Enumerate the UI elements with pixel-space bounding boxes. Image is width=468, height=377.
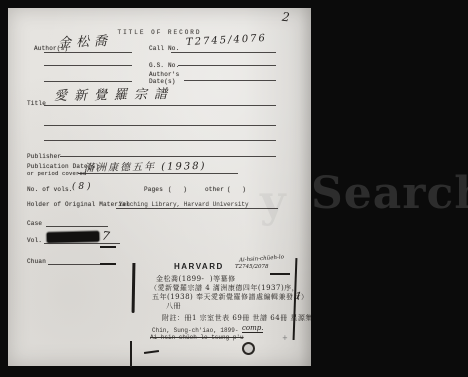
scanned-document-frame: y 2 TITLE OF RECORD Author(s) 金松喬 Call N… — [0, 0, 468, 377]
circular-stamp-icon — [242, 342, 255, 355]
card-typed-title-struck: Ai hsin chüeh lo tsung p'u — [150, 334, 244, 341]
case-label: Case — [27, 220, 42, 227]
stray-plus-mark: + — [282, 334, 288, 342]
card-chinese-line-4: 八冊 — [166, 301, 181, 311]
pages-label: Pages — [144, 186, 163, 193]
card-annotation-call-no: T2745/2078 — [235, 264, 269, 270]
author-blank-line-2 — [44, 65, 132, 66]
no-of-vols-value: ( 8 ) — [72, 182, 90, 192]
title-blank-line-2 — [44, 125, 276, 126]
stray-vertical-mark — [130, 341, 132, 367]
no-of-vols-label: No. of vols. — [27, 186, 73, 193]
gs-no-underline — [178, 65, 276, 66]
chuan-underline — [48, 264, 108, 265]
other-label: other — [205, 186, 224, 193]
familysearch-watermark-faint: y — [260, 176, 286, 227]
case-underline — [46, 226, 108, 227]
vol-redaction-scribble — [47, 231, 99, 242]
publisher-label: Publisher — [27, 153, 61, 160]
call-no-label: Call No. — [149, 45, 179, 52]
publication-dates-handwritten-value: 滿洲康德五年 (1938) — [84, 157, 207, 174]
chuan-label: Chuan — [27, 258, 46, 265]
title-underline — [44, 105, 276, 106]
other-parens: ( ) — [227, 186, 246, 193]
author-blank-line-3 — [44, 81, 132, 82]
publication-dates-underline — [78, 173, 238, 174]
card-handwritten-comp: comp. — [242, 324, 263, 333]
authors-dates-underline — [184, 80, 276, 81]
card-left-rule — [132, 263, 136, 313]
holder-underline — [116, 208, 278, 209]
harvard-stamp: HARVARD — [174, 262, 224, 271]
holder-value: Yenching Library, Harvard University — [119, 201, 249, 208]
pages-parens: ( ) — [168, 186, 187, 193]
title-blank-line-3 — [44, 140, 276, 141]
card-annotation-dash — [270, 273, 290, 275]
call-no-underline — [171, 52, 276, 53]
familysearch-watermark: Search — [311, 168, 468, 219]
vol-label: Vol. — [27, 237, 42, 244]
card-crop-dash-top — [100, 246, 116, 248]
gs-no-label: G.S. No. — [149, 62, 179, 69]
card-annotation-romanization: Ai-hsin-chüeh-lo — [239, 254, 284, 263]
title-handwritten-value: 愛新覺羅宗譜 — [54, 83, 174, 104]
author-underline — [44, 52, 132, 53]
vol-handwritten-value: 7 — [101, 229, 111, 244]
author-handwritten-value: 金松喬 — [58, 30, 113, 51]
authors-dates-label-1: Author's — [149, 71, 179, 78]
holder-label: Holder of Original Material — [27, 201, 130, 208]
microfilm-black-margin: Search — [311, 0, 468, 377]
scanned-record-page: y 2 TITLE OF RECORD Author(s) 金松喬 Call N… — [8, 8, 311, 366]
vol-underline — [44, 243, 120, 244]
card-chinese-line-5: 附註：冊1 宗室世表 69冊 世譜 64冊 星源集慶 — [162, 313, 320, 323]
stray-dash-mark — [144, 350, 159, 354]
card-typed-compiler: Chin, Sung-ch'iao, 1899- — [152, 327, 238, 334]
page-number: 2 — [281, 10, 290, 25]
card-crop-dash-bottom — [100, 263, 116, 265]
